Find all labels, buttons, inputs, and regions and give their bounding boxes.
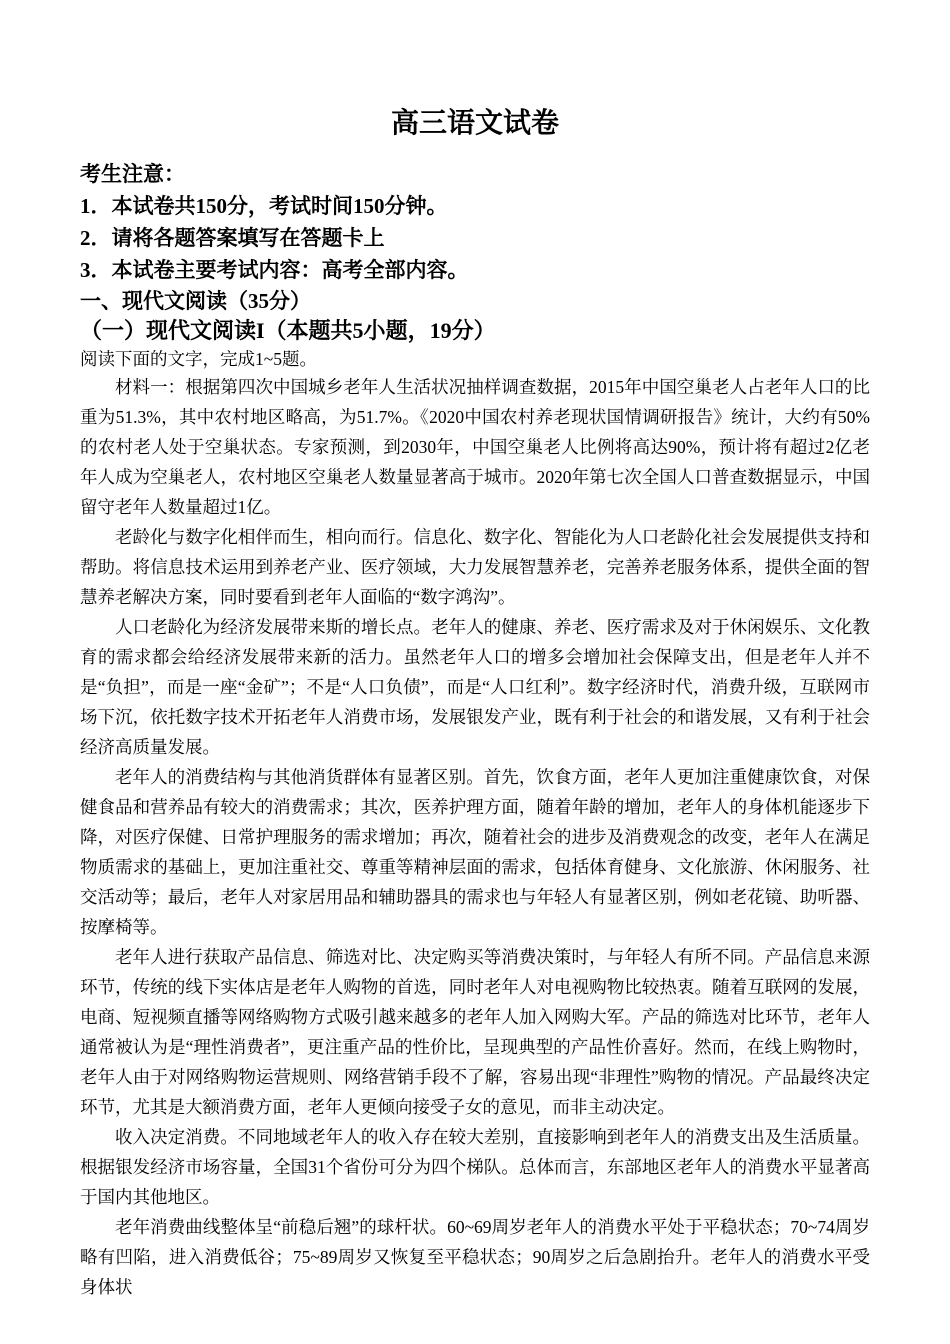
notice-item-3: 3．本试卷主要考试内容：高考全部内容。 bbox=[80, 254, 870, 286]
reading-material: 材料一：根据第四次中国城乡老年人生活状况抽样调查数据，2015年中国空巢老人占老… bbox=[80, 372, 870, 1302]
reading-instruction: 阅读下面的文字，完成1~5题。 bbox=[80, 346, 870, 372]
material-paragraph-2: 老龄化与数字化相伴而生，相向而行。信息化、数字化、智能化为人口老龄化社会发展提供… bbox=[80, 522, 870, 612]
material-paragraph-6: 收入决定消费。不同地域老年人的收入存在较大差别，直接影响到老年人的消费支出及生活… bbox=[80, 1122, 870, 1212]
notice-item-2: 2．请将各题答案填写在答题卡上 bbox=[80, 222, 870, 254]
notice-heading: 考生注意： bbox=[80, 158, 870, 190]
material-paragraph-4: 老年人的消费结构与其他消货群体有显著区别。首先，饮食方面，老年人更加注重健康饮食… bbox=[80, 762, 870, 942]
exam-title: 高三语文试卷 bbox=[80, 104, 870, 144]
section-heading: 一、现代文阅读（35分） bbox=[80, 286, 870, 316]
subsection-heading: （一）现代文阅读I（本题共5小题，19分） bbox=[80, 316, 870, 346]
material-paragraph-7: 老年消费曲线整体呈“前稳后翘”的球杆状。60~69周岁老年人的消费水平处于平稳状… bbox=[80, 1212, 870, 1302]
material-paragraph-3: 人口老龄化为经济发展带来斯的增长点。老年人的健康、养老、医疗需求及对于休闲娱乐、… bbox=[80, 612, 870, 762]
material-paragraph-1: 材料一：根据第四次中国城乡老年人生活状况抽样调查数据，2015年中国空巢老人占老… bbox=[80, 372, 870, 522]
exam-page: 高三语文试卷 考生注意： 1．本试卷共150分，考试时间150分钟。 2．请将各… bbox=[0, 0, 950, 1302]
notice-item-1: 1．本试卷共150分，考试时间150分钟。 bbox=[80, 190, 870, 222]
material-paragraph-5: 老年人进行获取产品信息、筛选对比、决定购买等消费决策时，与年轻人有所不同。产品信… bbox=[80, 942, 870, 1122]
